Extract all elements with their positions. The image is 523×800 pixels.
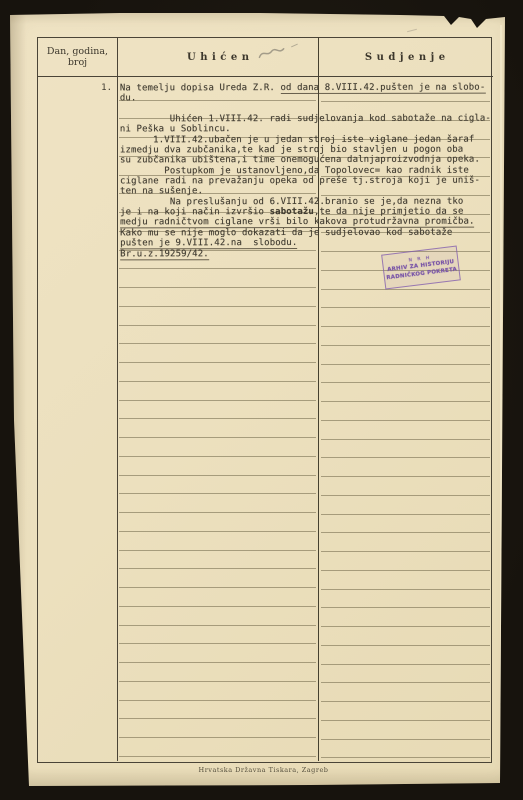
ruled-line bbox=[321, 514, 490, 515]
typed-line bbox=[120, 103, 492, 114]
ruled-line bbox=[321, 476, 490, 477]
ruled-line bbox=[119, 643, 316, 644]
ruled-line bbox=[119, 718, 316, 719]
ruled-line bbox=[119, 550, 316, 551]
ruled-line bbox=[321, 626, 490, 627]
ruled-line bbox=[321, 589, 490, 590]
ruled-line bbox=[119, 362, 316, 363]
ruled-line bbox=[119, 381, 316, 382]
column-header-uhicen: Uhićen bbox=[119, 38, 317, 76]
header-line-2: broj bbox=[68, 57, 87, 68]
ruled-line bbox=[119, 475, 316, 476]
table-header-separator bbox=[37, 76, 493, 77]
table-column-divider-1 bbox=[117, 37, 118, 761]
ruled-line bbox=[321, 345, 490, 346]
ruled-line bbox=[119, 700, 316, 701]
ruled-line bbox=[119, 268, 316, 269]
ruled-line bbox=[119, 587, 316, 588]
ruled-line bbox=[119, 343, 316, 344]
column-header-sudjenje: Sudjenje bbox=[320, 38, 490, 76]
ruled-line bbox=[321, 495, 490, 496]
typed-line: pušten je 9.VIII.42.na slobodu. bbox=[120, 237, 492, 248]
ruled-line bbox=[321, 551, 490, 552]
ruled-line bbox=[321, 739, 490, 740]
ruled-line bbox=[119, 568, 316, 569]
ruled-line bbox=[119, 325, 316, 326]
column-header-dan-godina-broj: Dan, godina, broj bbox=[38, 38, 117, 76]
typed-line: ni Peška u Soblincu. bbox=[120, 123, 492, 134]
ruled-line bbox=[321, 682, 490, 683]
ruled-line bbox=[119, 737, 316, 738]
document-sheet: Dan, godina, broj Uhićen Sudjenje 1. Na … bbox=[0, 0, 523, 800]
ruled-line bbox=[119, 287, 316, 288]
ruled-line bbox=[321, 439, 490, 440]
entry-number: 1. bbox=[60, 83, 112, 93]
typed-line: Kako mu se nije moglo dokazati da je sud… bbox=[120, 227, 492, 238]
ruled-line bbox=[321, 701, 490, 702]
ruled-line bbox=[119, 400, 316, 401]
ruled-line bbox=[119, 512, 316, 513]
ruled-line bbox=[321, 401, 490, 402]
ruled-line bbox=[321, 757, 490, 758]
ruled-line bbox=[119, 306, 316, 307]
ruled-line bbox=[119, 756, 316, 757]
typed-line: Uhićen 1.VIII.42. radi sudjelovanja kod … bbox=[120, 113, 492, 124]
typed-line: 1.VIII.42.ubačen je u jedan stroj iste v… bbox=[120, 134, 492, 145]
ruled-line bbox=[321, 289, 490, 290]
typed-line: du. bbox=[120, 92, 492, 103]
typed-line: medju radničtvom ciglane vrši bilo kakov… bbox=[120, 217, 492, 228]
typed-line: je i na koji način izvršio sabotažu,te d… bbox=[120, 206, 492, 217]
typed-line: Postupkom je ustanovljeno,da Topolovec= … bbox=[120, 165, 492, 176]
ruled-line bbox=[321, 532, 490, 533]
ruled-line bbox=[321, 326, 490, 327]
header-sudjenje-label: Sudjenje bbox=[360, 52, 449, 63]
ruled-line bbox=[119, 418, 316, 419]
ruled-line bbox=[119, 493, 316, 494]
ruled-line bbox=[321, 645, 490, 646]
typed-line: Na temelju dopisa Ureda Z.R. od dana 8.V… bbox=[120, 82, 492, 93]
ruled-line bbox=[119, 662, 316, 663]
typewritten-record-text: Na temelju dopisa Ureda Z.R. od dana 8.V… bbox=[120, 82, 492, 259]
typed-line: ten na sušenje. bbox=[120, 186, 492, 197]
header-line-1: Dan, godina, bbox=[47, 46, 108, 57]
ruled-line bbox=[321, 457, 490, 458]
ruled-line bbox=[321, 364, 490, 365]
ruled-line bbox=[119, 456, 316, 457]
ruled-line bbox=[321, 607, 490, 608]
pencil-dash-mark-top bbox=[407, 29, 417, 33]
header-uhicen-label: Uhićen bbox=[182, 52, 253, 63]
typed-line: su zubčanika ubištena,i time onemogućena… bbox=[120, 155, 492, 166]
scan-background: Dan, godina, broj Uhićen Sudjenje 1. Na … bbox=[0, 0, 523, 800]
ruled-line bbox=[321, 382, 490, 383]
printer-imprint: Hrvatska Državna Tiskara, Zagreb bbox=[37, 766, 490, 774]
ruled-line bbox=[321, 420, 490, 421]
ruled-line bbox=[321, 720, 490, 721]
ruled-line bbox=[119, 681, 316, 682]
ruled-line bbox=[119, 437, 316, 438]
paper-edge-highlight bbox=[500, 25, 502, 777]
ruled-line bbox=[321, 307, 490, 308]
ruled-line bbox=[119, 531, 316, 532]
typed-line: Na preslušanju od 6.VIII.42.branio se je… bbox=[120, 196, 492, 207]
ruled-line bbox=[321, 664, 490, 665]
typed-line: ciglane radi na prevažanju opeka od preš… bbox=[120, 175, 492, 186]
ruled-line bbox=[119, 606, 316, 607]
ruled-line bbox=[321, 570, 490, 571]
typed-line: izmedju dva zubčanika,te kad je stroj bi… bbox=[120, 144, 492, 155]
ruled-line bbox=[119, 625, 316, 626]
